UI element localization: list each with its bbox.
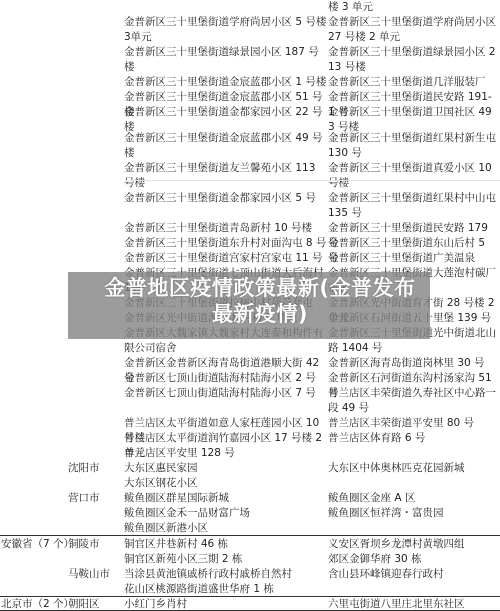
right-address: 普兰店区丰荣街道平安里 80 号	[328, 416, 498, 431]
right-address: 金普新区三十里堡街道真爱小区 10 号楼	[328, 161, 498, 191]
left-address: 金普新区七顶山街道陆海村陆海小区 2 号	[124, 371, 328, 386]
row-divider	[124, 180, 500, 181]
province-cell: 安徽省（7 个）	[1, 537, 67, 552]
left-address: 金普新区三十里堡街道东升村对面沟屯 8 号	[124, 236, 328, 251]
left-address: 金普新区三十里堡街道金都家园小区 5 号	[124, 191, 328, 206]
left-address: 金普新区三十里堡街道友兰馨苑小区 113 号楼	[124, 161, 328, 191]
right-address: 郊区金御华府 30 栋	[328, 552, 498, 567]
banner-title: 金普地区疫情政策最新(金普发布最新疫情)	[100, 275, 420, 327]
right-address: 金普新区三十里堡街道学府尚居小区 27 号楼 2 单元	[328, 15, 498, 45]
right-address: 大东区中体奥林匹克花园新城	[328, 461, 498, 476]
left-address: 铜官区井巷新村 46 栋	[124, 537, 328, 552]
left-address: 金普新区七顶山街道陆海村陆海小区 7 号	[124, 386, 328, 401]
right-address: 义安区胥坝乡龙潭村黄墩四组	[328, 537, 498, 552]
city-cell: 营口市	[68, 491, 124, 506]
city-cell: 马鞍山市	[68, 567, 124, 582]
left-address: 大东区惠民家园	[124, 461, 328, 476]
left-address: 金普新区三十里堡街道金宸蓝郡小区 49 号楼	[124, 131, 328, 161]
right-address: 金普新区三十里堡街道红果村新生屯 130 号	[328, 131, 498, 161]
right-address: 金普新区三十里堡街道红果村中山屯 135 号	[328, 191, 498, 221]
left-address: 当涂县黄池镇戚桥行政村戚桥自然村	[124, 567, 328, 582]
right-address: 金普新区三十里堡街道绿景园小区 213 号楼	[328, 45, 498, 75]
left-address: 金普新区三十里堡街道青岛新村 10 号楼	[124, 221, 328, 236]
right-address: 鲅鱼圈区金座 A 区	[328, 491, 498, 506]
left-address: 花山区桃源路街道盛世华府 1 栋	[124, 582, 328, 597]
left-address: 鲅鱼圈区金禾一品财富广场	[124, 506, 328, 521]
left-address: 金普新区三十里堡街道学府尚居小区 5 号楼3单元	[124, 15, 328, 45]
right-address: 鲅鱼圈区恒祥湾・富贵园	[328, 506, 498, 521]
right-address: 六里屯街道八里庄北里东社区	[328, 597, 498, 611]
left-address: 鲅鱼圈区群星国际新城	[124, 491, 328, 506]
left-address: 金普新区三十里堡街道绿景园小区 187 号楼	[124, 45, 328, 75]
right-address: 普兰店区体育路 6 号	[328, 431, 498, 446]
city-cell: 朝阳区	[68, 597, 124, 611]
right-address: 金普新区三十里堡街道广美温泉	[328, 251, 498, 266]
section-divider	[0, 535, 500, 536]
right-address: 金普新区三十里堡街道几洋服装厂	[328, 75, 498, 90]
right-address: 楼 3 单元	[328, 0, 498, 15]
left-address: 金普新区三十里堡街道金宸蓝郡小区 1 号楼	[124, 75, 328, 90]
left-address: 铜官区新苑小区三期 2 栋	[124, 552, 328, 567]
left-address: 鲅鱼圈区新港小区	[124, 521, 328, 536]
left-address: 大东区钢花小区	[124, 476, 328, 491]
left-address: 金普新区三十里堡街道宫家村宫家屯 11 号	[124, 251, 328, 266]
right-address: 含山县环峰镇迎春行政村	[328, 567, 498, 582]
left-address: 普兰店区平安里 128 号	[124, 446, 328, 461]
city-cell: 沈阳市	[68, 461, 124, 476]
province-cell: 北京市（2 个）	[1, 597, 67, 611]
city-cell: 铜陵市	[68, 537, 124, 552]
right-address: 普兰店区丰荣街道久寿社区中心路一段 49 号	[328, 386, 498, 416]
right-address: 金普新区海青岛街道岗林里 30 号	[328, 356, 498, 371]
left-address: 小红门乡肖村	[124, 597, 328, 611]
